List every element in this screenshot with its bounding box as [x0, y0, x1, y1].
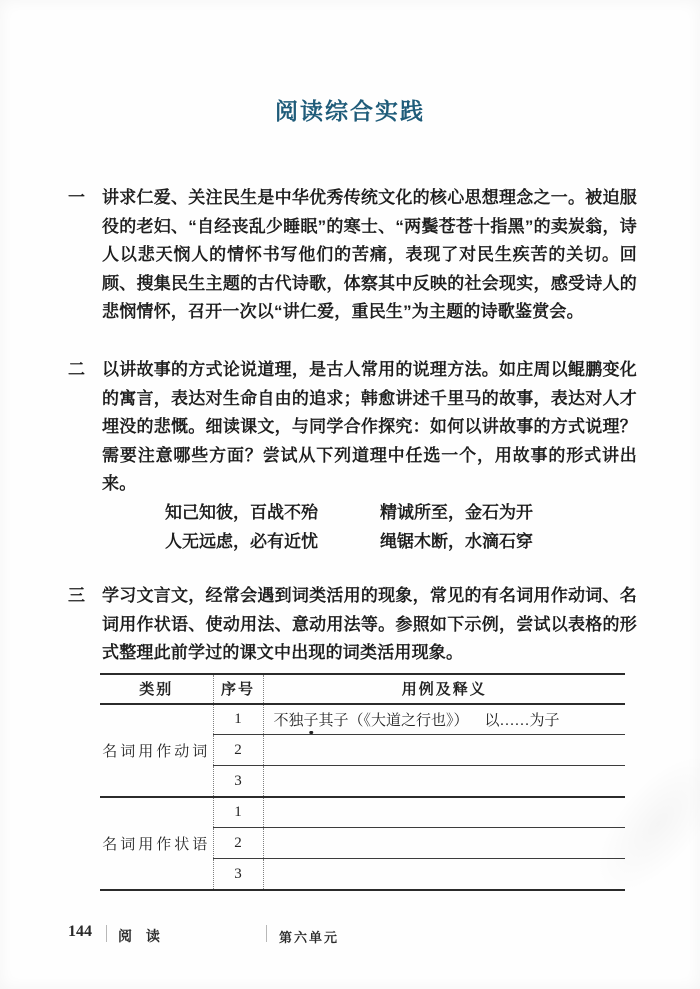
- footer-section-label: 阅 读: [118, 926, 165, 946]
- index-cell: 3: [213, 859, 263, 890]
- category-cell: 名词用作状语: [100, 797, 213, 890]
- footer-divider: [106, 925, 107, 942]
- idiom-item: 人无远虑，必有近忧: [165, 528, 380, 557]
- page-number: 144: [68, 923, 92, 941]
- section-three-paragraph: 学习文言文，经常会遇到词类活用的现象，常见的有名词用作动词、名词用作状语、使动用…: [102, 582, 637, 668]
- section-three: 三 学习文言文，经常会遇到词类活用的现象，常见的有名词用作动词、名词用作状语、使…: [68, 582, 637, 668]
- section-three-number: 三: [68, 582, 102, 668]
- idiom-item: 绳锯木断，水滴石穿: [380, 528, 533, 557]
- category-cell: 名词用作动词: [100, 704, 213, 797]
- textbook-page: 阅读综合实践 一 讲求仁爱、关注民生是中华优秀传统文化的核心思想理念之一。被迫服…: [0, 0, 700, 989]
- column-header-category: 类别: [100, 674, 213, 704]
- example-cell-empty: [263, 797, 625, 828]
- section-two-number: 二: [68, 356, 102, 556]
- index-cell: 1: [213, 704, 263, 735]
- example-gloss: 以……为子: [485, 713, 560, 729]
- example-text: 不独: [274, 713, 304, 729]
- page-title-row: 阅读综合实践: [0, 0, 700, 130]
- table-row: 名词用作动词 1 不独子其子（《大道之行也》）以……为子: [100, 704, 625, 735]
- section-two-paragraph: 以讲故事的方式论说道理，是古人常用的说理方法。如庄周以鲲鹏变化的寓言，表达对生命…: [102, 356, 637, 499]
- example-cell-empty: [263, 859, 625, 890]
- idiom-item: 知己知彼，百战不殆: [165, 499, 380, 528]
- footer-unit-label: 第六单元: [279, 927, 339, 946]
- section-one-number: 一: [68, 184, 102, 327]
- section-one: 一 讲求仁爱、关注民生是中华优秀传统文化的核心思想理念之一。被迫服役的老妇、“自…: [68, 184, 637, 327]
- example-cell-empty: [263, 828, 625, 859]
- index-cell: 2: [213, 735, 263, 766]
- index-cell: 2: [213, 828, 263, 859]
- index-cell: 3: [213, 766, 263, 797]
- example-cell-empty: [263, 735, 625, 766]
- example-text: 其子（《大道之行也》）: [319, 713, 469, 729]
- index-cell: 1: [213, 797, 263, 828]
- example-cell: 不独子其子（《大道之行也》）以……为子: [263, 704, 625, 735]
- section-two: 二 以讲故事的方式论说道理，是古人常用的说理方法。如庄周以鲲鹏变化的寓言，表达对…: [68, 356, 637, 556]
- example-cell-empty: [263, 766, 625, 797]
- section-one-paragraph: 讲求仁爱、关注民生是中华优秀传统文化的核心思想理念之一。被迫服役的老妇、“自经丧…: [102, 184, 637, 327]
- table-header-row: 类别 序号 用例及释义: [100, 674, 625, 704]
- idiom-item: 精诚所至，金石为开: [380, 499, 533, 528]
- section-two-body: 以讲故事的方式论说道理，是古人常用的说理方法。如庄周以鲲鹏变化的寓言，表达对生命…: [102, 356, 637, 556]
- page-footer: 144 阅 读 第六单元: [0, 923, 700, 949]
- page-title: 阅读综合实践: [275, 98, 425, 124]
- emphasis-dot-char: 子: [304, 709, 319, 730]
- word-class-table: 类别 序号 用例及释义 名词用作动词 1 不独子其子（《大道之行也》）以……为子…: [100, 673, 625, 891]
- table-row: 名词用作状语 1: [100, 797, 625, 828]
- idiom-row: 知己知彼，百战不殆 精诚所至，金石为开: [102, 499, 637, 528]
- column-header-index: 序号: [213, 674, 263, 704]
- idiom-list: 知己知彼，百战不殆 精诚所至，金石为开 人无远虑，必有近忧 绳锯木断，水滴石穿: [102, 499, 637, 556]
- column-header-example: 用例及释义: [263, 674, 625, 704]
- table-group-noun-as-verb: 名词用作动词 1 不独子其子（《大道之行也》）以……为子 2 3: [100, 704, 625, 797]
- page-content: 一 讲求仁爱、关注民生是中华优秀传统文化的核心思想理念之一。被迫服役的老妇、“自…: [0, 184, 700, 891]
- table-group-noun-as-adverbial: 名词用作状语 1 2 3: [100, 797, 625, 890]
- idiom-row: 人无远虑，必有近忧 绳锯木断，水滴石穿: [102, 528, 637, 557]
- footer-divider: [266, 925, 267, 942]
